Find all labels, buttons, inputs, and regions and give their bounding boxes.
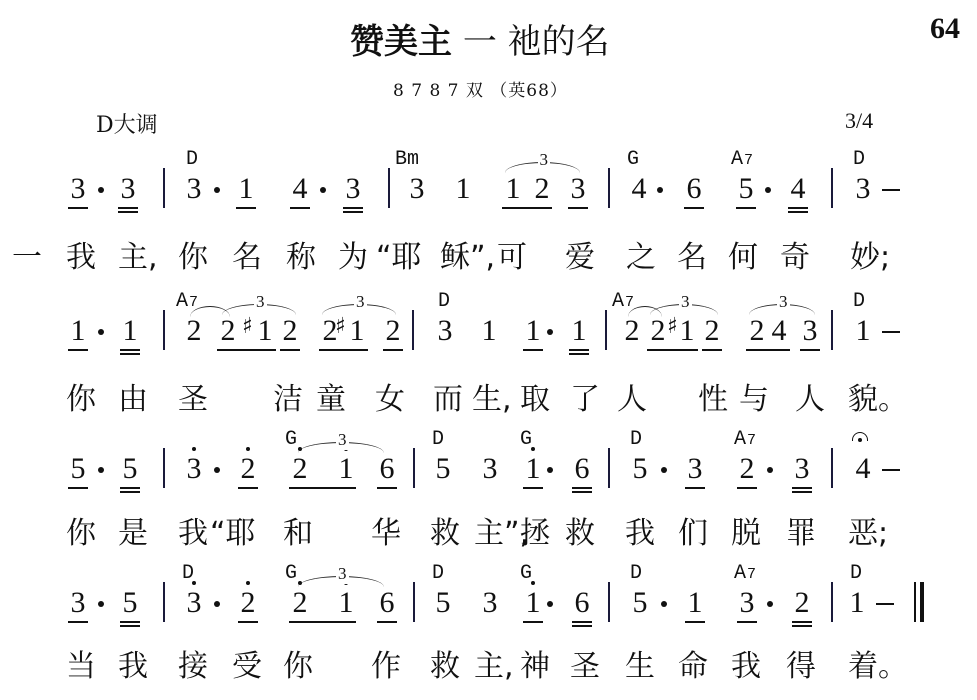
note: 2 xyxy=(736,454,758,484)
bar-line xyxy=(412,310,414,350)
lyric-syllable: 由 xyxy=(118,374,148,418)
chord-symbol: D xyxy=(630,562,642,585)
underline-eighth xyxy=(68,207,88,209)
note: 3 xyxy=(67,588,89,618)
note: 3 xyxy=(183,588,205,618)
underline-eighth xyxy=(280,349,300,351)
underline-eighth xyxy=(702,349,722,351)
underline-sixteenth xyxy=(792,625,812,627)
lyric-syllable: 一 xyxy=(12,232,42,276)
underline-eighth xyxy=(572,487,592,489)
note: 1 xyxy=(346,316,368,346)
note: 3 xyxy=(736,588,758,618)
chord-symbol: D xyxy=(853,290,865,313)
note: 1 xyxy=(67,316,89,346)
augmentation-dot xyxy=(547,601,553,607)
augmentation-dot xyxy=(661,467,667,473)
note: 6 xyxy=(376,588,398,618)
beam-line xyxy=(217,349,276,351)
underline-sixteenth xyxy=(572,625,592,627)
chord-symbol: D xyxy=(438,290,450,313)
underline-eighth xyxy=(572,621,592,623)
extension-dash xyxy=(882,331,900,333)
note: 1 xyxy=(335,454,357,484)
lyric-syllable: 我 xyxy=(625,508,655,552)
lyric-syllable: 而 xyxy=(433,374,463,418)
augmentation-dot xyxy=(767,601,773,607)
note: 2 xyxy=(647,316,669,346)
underline-eighth xyxy=(377,621,397,623)
bar-line xyxy=(608,448,610,488)
high-octave-dot xyxy=(192,581,196,585)
augmentation-dot xyxy=(98,601,104,607)
underline-eighth xyxy=(68,621,88,623)
underline-sixteenth xyxy=(792,491,812,493)
augmentation-dot xyxy=(547,329,553,335)
underline-eighth xyxy=(792,621,812,623)
underline-eighth xyxy=(343,207,363,209)
underline-eighth xyxy=(568,207,588,209)
note: 6 xyxy=(683,174,705,204)
bar-line xyxy=(413,582,415,622)
tuplet-number: 3 xyxy=(538,150,551,170)
note: 3 xyxy=(434,316,456,346)
note: 3 xyxy=(117,174,139,204)
lyric-syllable: 和 xyxy=(283,508,313,552)
lyric-syllable: 得 xyxy=(786,641,816,685)
augmentation-dot xyxy=(214,601,220,607)
lyric-syllable: 童 xyxy=(316,374,346,418)
underline-eighth xyxy=(290,207,310,209)
chord-symbol: D xyxy=(432,562,444,585)
bar-line xyxy=(163,310,165,350)
augmentation-dot xyxy=(98,187,104,193)
bar-line xyxy=(413,448,415,488)
hymn-title: 赞美主 一 祂的名 xyxy=(350,14,610,63)
tuplet-number: 3 xyxy=(777,292,790,312)
note: 1 xyxy=(254,316,276,346)
lyric-syllable: “耶 xyxy=(376,232,422,276)
augmentation-dot xyxy=(214,187,220,193)
lyric-syllable: 脱 xyxy=(731,508,761,552)
chord-symbol: A7 xyxy=(734,562,756,585)
note: 3 xyxy=(479,588,501,618)
note: 1 xyxy=(852,316,874,346)
underline-sixteenth xyxy=(572,491,592,493)
note: 1 xyxy=(235,174,257,204)
note: 2 xyxy=(183,316,205,346)
title-subtitle: 一 祂的名 xyxy=(463,22,610,62)
lyric-syllable: 们 xyxy=(678,508,708,552)
extension-dash xyxy=(882,189,900,191)
lyric-syllable: “耶 xyxy=(210,508,256,552)
high-octave-dot xyxy=(192,447,196,451)
note: 6 xyxy=(571,454,593,484)
note: 1 xyxy=(502,174,524,204)
lyric-syllable: 恶; xyxy=(848,508,888,552)
note: 1 xyxy=(478,316,500,346)
lyric-syllable: 圣 xyxy=(570,641,600,685)
lyric-syllable: 洁 xyxy=(273,374,303,418)
note: 4 xyxy=(852,454,874,484)
lyric-syllable: 救 xyxy=(430,508,460,552)
note: 1 xyxy=(846,588,868,618)
augmentation-dot xyxy=(661,601,667,607)
lyric-syllable: 圣 xyxy=(178,374,208,418)
lyric-syllable: 救 xyxy=(565,508,595,552)
time-signature: 3/4 xyxy=(845,108,873,134)
augmentation-dot xyxy=(657,187,663,193)
augmentation-dot xyxy=(320,187,326,193)
underline-eighth xyxy=(685,621,705,623)
note: 6 xyxy=(376,454,398,484)
tuplet-number: 3 xyxy=(354,292,367,312)
chord-symbol: D xyxy=(630,428,642,451)
note: 3 xyxy=(183,174,205,204)
note: 5 xyxy=(119,454,141,484)
note: 2 xyxy=(382,316,404,346)
note: 3 xyxy=(479,454,501,484)
bar-line xyxy=(388,168,390,208)
lyric-syllable: 人 xyxy=(795,374,825,418)
underline-eighth xyxy=(736,207,756,209)
sharp-icon: ♯ xyxy=(242,314,253,339)
note: 2 xyxy=(237,588,259,618)
lyric-syllable: 生, xyxy=(472,374,512,418)
lyric-syllable: 女 xyxy=(375,374,405,418)
lyric-syllable: 你 xyxy=(283,641,313,685)
underline-eighth xyxy=(523,349,543,351)
lyric-syllable: 救 xyxy=(430,641,460,685)
meter-info: 8 7 8 7 双 （英68） xyxy=(393,76,568,101)
underline-eighth xyxy=(120,487,140,489)
underline-sixteenth xyxy=(120,625,140,627)
bar-line xyxy=(608,582,610,622)
note: 3 xyxy=(342,174,364,204)
lyric-syllable: 主, xyxy=(474,641,514,685)
augmentation-dot xyxy=(98,329,104,335)
underline-eighth xyxy=(800,349,820,351)
lyric-syllable: 华 xyxy=(371,508,401,552)
lyric-syllable: 可 xyxy=(497,232,527,276)
lyric-syllable: 主, xyxy=(118,232,158,276)
note: 1 xyxy=(119,316,141,346)
underline-eighth xyxy=(737,487,757,489)
underline-sixteenth xyxy=(343,211,363,213)
note: 1 xyxy=(452,174,474,204)
lyric-syllable: 我 xyxy=(731,641,761,685)
underline-eighth xyxy=(68,349,88,351)
underline-eighth xyxy=(377,487,397,489)
lyric-syllable: 作 xyxy=(371,641,401,685)
high-octave-dot xyxy=(531,447,535,451)
augmentation-dot xyxy=(547,467,553,473)
underline-eighth xyxy=(788,207,808,209)
note: 3 xyxy=(67,174,89,204)
lyric-syllable: 罪 xyxy=(786,508,816,552)
lyric-syllable: 当 xyxy=(66,641,96,685)
bar-line xyxy=(163,168,165,208)
lyric-syllable: 妙; xyxy=(850,232,890,276)
bar-line xyxy=(605,310,607,350)
underline-eighth xyxy=(685,487,705,489)
lyric-syllable: 名 xyxy=(677,232,707,276)
note: 4 xyxy=(768,316,790,346)
lyric-syllable: 何 xyxy=(728,232,758,276)
note: 2 xyxy=(531,174,553,204)
lyric-syllable: 与 xyxy=(739,374,769,418)
note: 4 xyxy=(628,174,650,204)
chord-symbol: Bm xyxy=(395,148,419,171)
tuplet-number: 3 xyxy=(254,292,267,312)
sharp-icon: ♯ xyxy=(335,314,346,339)
chord-symbol: D xyxy=(186,148,198,171)
augmentation-dot xyxy=(765,187,771,193)
lyric-syllable: 拯 xyxy=(520,508,550,552)
note: 1 xyxy=(568,316,590,346)
key-signature: D大调 xyxy=(96,108,158,139)
note: 5 xyxy=(432,454,454,484)
bar-line xyxy=(914,582,916,622)
lyric-syllable: 我 xyxy=(118,641,148,685)
lyric-syllable: 着。 xyxy=(848,641,908,685)
chord-symbol: G xyxy=(285,562,297,585)
note: 2 xyxy=(621,316,643,346)
note: 5 xyxy=(735,174,757,204)
beam-line xyxy=(502,207,552,209)
chord-symbol: D xyxy=(432,428,444,451)
note: 3 xyxy=(406,174,428,204)
bar-line xyxy=(163,448,165,488)
underline-eighth xyxy=(383,349,403,351)
underline-eighth xyxy=(120,349,140,351)
chord-symbol: G xyxy=(627,148,639,171)
underline-eighth xyxy=(238,621,258,623)
final-bar-line xyxy=(920,582,924,622)
lyric-syllable: 貌。 xyxy=(848,374,908,418)
chord-symbol: D xyxy=(850,562,862,585)
note: 2 xyxy=(217,316,239,346)
beam-line xyxy=(319,349,368,351)
lyric-syllable: 称 xyxy=(286,232,316,276)
lyric-syllable: 受 xyxy=(232,641,262,685)
note: 5 xyxy=(67,454,89,484)
note: 3 xyxy=(791,454,813,484)
note: 3 xyxy=(567,174,589,204)
note: 3 xyxy=(852,174,874,204)
bar-line xyxy=(831,582,833,622)
extension-dash xyxy=(882,469,900,471)
lyric-syllable: 名 xyxy=(232,232,262,276)
note: 2 xyxy=(701,316,723,346)
note: 3 xyxy=(183,454,205,484)
underline-sixteenth xyxy=(118,211,138,213)
underline-eighth xyxy=(569,349,589,351)
note: 2 xyxy=(289,588,311,618)
underline-eighth xyxy=(120,621,140,623)
note: 2 xyxy=(791,588,813,618)
underline-eighth xyxy=(523,621,543,623)
lyric-syllable: 命 xyxy=(678,641,708,685)
note: 2 xyxy=(237,454,259,484)
beam-line xyxy=(289,487,347,489)
tuplet-number: 3 xyxy=(336,430,349,450)
lyric-syllable: 我 xyxy=(66,232,96,276)
underline-eighth xyxy=(737,621,757,623)
high-octave-dot xyxy=(246,447,250,451)
beam-line xyxy=(746,349,790,351)
underline-eighth xyxy=(684,207,704,209)
lyric-syllable: 生 xyxy=(625,641,655,685)
lyric-syllable: 奇 xyxy=(780,232,810,276)
underline-sixteenth xyxy=(569,353,589,355)
underline-sixteenth xyxy=(788,211,808,213)
underline-eighth xyxy=(236,207,256,209)
high-octave-dot xyxy=(246,581,250,585)
lyric-syllable: 性 xyxy=(698,374,728,418)
high-octave-dot xyxy=(531,581,535,585)
note: 3 xyxy=(684,454,706,484)
lyric-syllable: 神 xyxy=(520,641,550,685)
underline-eighth xyxy=(238,487,258,489)
augmentation-dot xyxy=(214,467,220,473)
note: 1 xyxy=(335,588,357,618)
note: 5 xyxy=(432,588,454,618)
underline-sixteenth xyxy=(120,491,140,493)
lyric-syllable: 你 xyxy=(66,374,96,418)
lyric-syllable: 我 xyxy=(178,508,208,552)
lyric-syllable: 你 xyxy=(178,232,208,276)
note: 4 xyxy=(289,174,311,204)
bar-line xyxy=(831,168,833,208)
note: 2 xyxy=(279,316,301,346)
note: 6 xyxy=(571,588,593,618)
extension-dash xyxy=(876,603,894,605)
chord-symbol: D xyxy=(853,148,865,171)
note: 1 xyxy=(684,588,706,618)
beam-line xyxy=(289,621,347,623)
note: 1 xyxy=(522,316,544,346)
note: 2 xyxy=(289,454,311,484)
note: 1 xyxy=(676,316,698,346)
fermata-icon xyxy=(852,432,868,441)
underline-eighth xyxy=(118,207,138,209)
note: 2 xyxy=(746,316,768,346)
chord-symbol: A7 xyxy=(731,148,753,171)
lyric-syllable: 稣”, xyxy=(440,232,495,276)
underline-sixteenth xyxy=(120,353,140,355)
tuplet-number: 3 xyxy=(679,292,692,312)
chord-symbol: G xyxy=(285,428,297,451)
beam-line xyxy=(647,349,698,351)
lyric-syllable: 接 xyxy=(178,641,208,685)
tuplet-number: 3 xyxy=(336,564,349,584)
title-main: 赞美主 xyxy=(350,22,452,62)
bar-line xyxy=(608,168,610,208)
augmentation-dot xyxy=(767,467,773,473)
lyric-syllable: 为 xyxy=(338,232,368,276)
lyric-syllable: 取 xyxy=(520,374,550,418)
bar-line xyxy=(163,582,165,622)
note: 5 xyxy=(629,454,651,484)
underline-eighth xyxy=(68,487,88,489)
bar-line xyxy=(831,310,833,350)
lyric-syllable: 你 xyxy=(66,508,96,552)
lyric-syllable: 了 xyxy=(570,374,600,418)
note: 5 xyxy=(119,588,141,618)
note: 4 xyxy=(787,174,809,204)
lyric-syllable: 是 xyxy=(118,508,148,552)
augmentation-dot xyxy=(98,467,104,473)
underline-eighth xyxy=(792,487,812,489)
note: 1 xyxy=(522,588,544,618)
note: 1 xyxy=(522,454,544,484)
lyric-syllable: 人 xyxy=(617,374,647,418)
bar-line xyxy=(831,448,833,488)
note: 3 xyxy=(799,316,821,346)
page-number: 64 xyxy=(930,12,960,46)
lyric-syllable: 爱 xyxy=(565,232,595,276)
underline-eighth xyxy=(523,487,543,489)
chord-symbol: A7 xyxy=(734,428,756,451)
lyric-syllable: 之 xyxy=(626,232,656,276)
note: 5 xyxy=(629,588,651,618)
